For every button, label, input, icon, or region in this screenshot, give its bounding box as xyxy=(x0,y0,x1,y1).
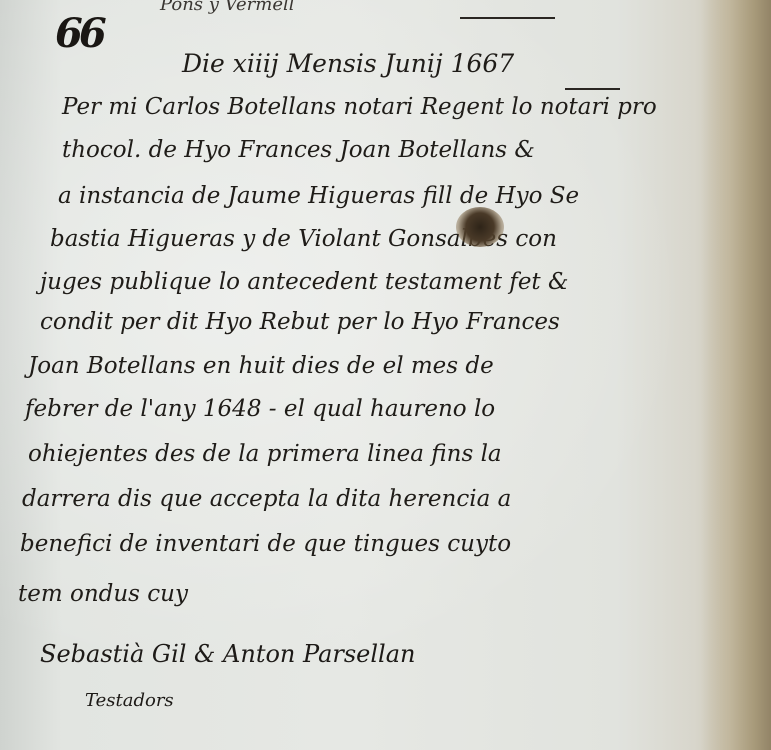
manuscript-page: Pons y Vermell 66 Die xiiij Mensis Junij… xyxy=(0,0,771,750)
page-binding-edge xyxy=(701,0,771,750)
top-rule xyxy=(460,17,555,19)
date-underline xyxy=(565,88,620,90)
body-line-6: condit per dit Hyo Rebut per lo Hyo Fran… xyxy=(40,308,560,336)
body-line-7: Joan Botellans en huit dies de el mes de xyxy=(28,352,494,380)
body-line-9: ohiejentes des de la primera linea fins … xyxy=(28,440,502,468)
body-line-1: Per mi Carlos Botellans notari Regent lo… xyxy=(62,93,657,121)
body-line-3: a instancia de Jaume Higueras fill de Hy… xyxy=(58,182,579,210)
body-line-5: juges publique lo antecedent testament f… xyxy=(40,268,568,296)
date-line: Die xiiij Mensis Junij 1667 xyxy=(182,50,514,78)
body-line-11: benefici de inventari de que tingues cuy… xyxy=(20,530,511,558)
folio-number: 66 xyxy=(55,10,103,57)
ink-stain xyxy=(456,207,504,247)
body-line-8: febrer de l'any 1648 - el qual haureno l… xyxy=(25,395,495,423)
body-line-10: darrera dis que accepta la dita herencia… xyxy=(22,485,511,513)
body-line-2: thocol. de Hyo Frances Joan Botellans & xyxy=(62,136,535,164)
top-bleed-text: Pons y Vermell xyxy=(160,0,295,15)
witness-signatures: Sebastià Gil & Anton Parsellan xyxy=(40,640,416,668)
witness-label: Testadors xyxy=(85,690,174,711)
body-line-12: tem ondus cuy xyxy=(18,580,188,608)
